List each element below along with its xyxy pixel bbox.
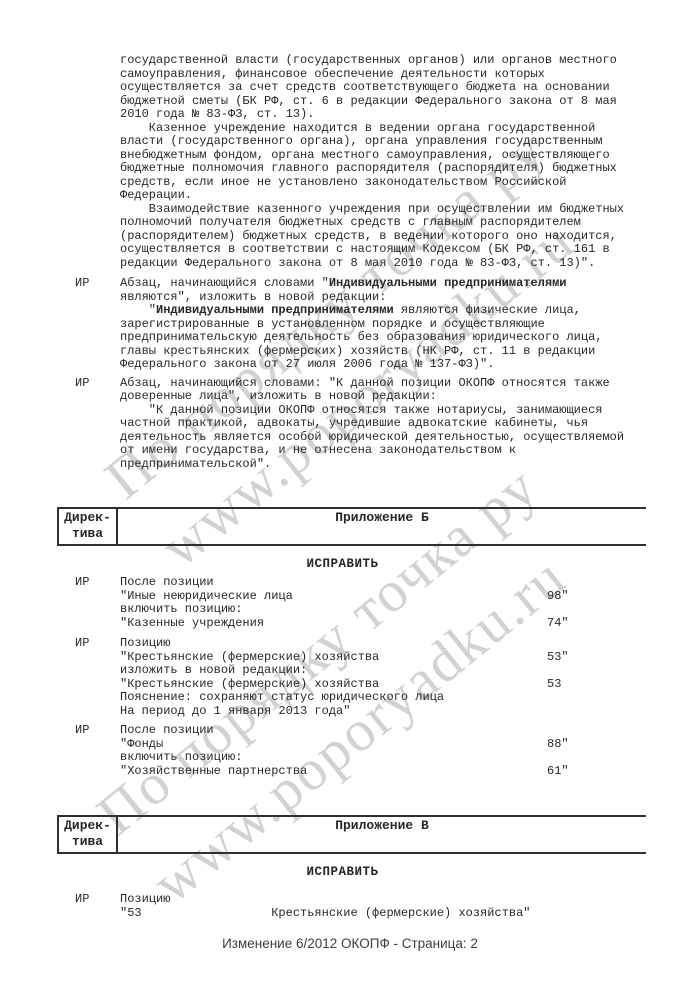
position-line: "Иные неюридические лица98" xyxy=(120,590,646,604)
amendment-item-trusted-persons: ИР Абзац, начинающийся словами: "К данно… xyxy=(120,377,646,472)
position-text: "53 Крестьянские (фермерские) хозяйства" xyxy=(120,906,530,920)
directive-code: ИР xyxy=(75,277,89,291)
position-line: После позиции xyxy=(120,576,646,590)
directive-code: ИР xyxy=(75,377,89,391)
position-text: изложить в новой редакции: xyxy=(120,663,307,677)
position-line: "Крестьянские (фермерские) хозяйства53 xyxy=(120,678,646,692)
directive-code: ИР xyxy=(75,724,89,738)
column-header-appendix-b: Приложение Б xyxy=(118,509,646,544)
position-text: Позицию xyxy=(120,636,170,650)
correction-item: ИР После позиции "Фонды88" включить пози… xyxy=(120,724,646,778)
position-text: После позиции xyxy=(120,575,214,589)
position-text: "Крестьянские (фермерские) хозяйства xyxy=(120,650,379,664)
position-text: Позицию xyxy=(120,892,170,906)
position-text: "Фонды xyxy=(120,737,163,751)
correction-lines: После позиции "Фонды88" включить позицию… xyxy=(120,724,646,778)
correction-lines: После позиции "Иные неюридические лица98… xyxy=(120,576,646,630)
appendix-v-table-header: Дирек- тива Приложение В xyxy=(57,815,646,854)
code-value: 88" xyxy=(547,738,569,752)
amendment-item-individual-entrepreneurs: ИР Абзац, начинающийся словами "Индивиду… xyxy=(120,277,646,372)
column-header-directive: Дирек- тива xyxy=(59,817,118,852)
position-line: "Крестьянские (фермерские) хозяйства53" xyxy=(120,651,646,665)
position-line: "Фонды88" xyxy=(120,738,646,752)
document-body: государственной власти (государственных … xyxy=(57,54,646,920)
directive-code: ИР xyxy=(75,893,89,907)
position-line: Позицию xyxy=(120,637,646,651)
amendment-text: Абзац, начинающийся словами "Индивидуаль… xyxy=(120,277,646,372)
position-text: включить позицию: xyxy=(120,602,242,616)
position-line: Позицию xyxy=(120,893,646,907)
position-text: "Хозяйственные партнерства xyxy=(120,764,307,778)
action-label-correct: ИСПРАВИТЬ xyxy=(57,864,646,880)
directive-code: ИР xyxy=(75,637,89,651)
correction-lines: Позицию "Крестьянские (фермерские) хозяй… xyxy=(120,637,646,718)
code-value: 53 xyxy=(547,678,561,692)
correction-item: ИР Позицию "Крестьянские (фермерские) хо… xyxy=(120,637,646,718)
code-value: 74" xyxy=(547,617,569,631)
position-line: Пояснение: сохраняют статус юридического… xyxy=(120,691,646,705)
code-value: 61" xyxy=(547,765,569,779)
directive-code: ИР xyxy=(75,576,89,590)
correction-item: ИР Позицию "53 Крестьянские (фермерские)… xyxy=(120,893,646,920)
intro-text-block: государственной власти (государственных … xyxy=(120,54,646,270)
position-line: На период до 1 января 2013 года" xyxy=(120,705,646,719)
column-header-directive: Дирек- тива xyxy=(59,509,118,544)
correction-item: ИР После позиции "Иные неюридические лиц… xyxy=(120,576,646,630)
position-text: "Крестьянские (фермерские) хозяйства xyxy=(120,677,379,691)
paragraph-state-institution: Казенное учреждение находится в ведении … xyxy=(120,122,646,203)
position-line: После позиции xyxy=(120,724,646,738)
amendment-bold-term: Индивидуальными предпринимателями xyxy=(156,303,394,317)
position-line: "Хозяйственные партнерства61" xyxy=(120,765,646,779)
position-line: включить позицию: xyxy=(120,751,646,765)
correction-lines: Позицию "53 Крестьянские (фермерские) хо… xyxy=(120,893,646,920)
column-header-appendix-v: Приложение В xyxy=(118,817,646,852)
code-value: 53" xyxy=(547,651,569,665)
position-line: включить позицию: xyxy=(120,603,646,617)
position-line: "53 Крестьянские (фермерские) хозяйства" xyxy=(120,907,646,921)
code-value: 98" xyxy=(547,590,569,604)
paragraph-budget-basis: государственной власти (государственных … xyxy=(120,54,646,122)
action-label-correct: ИСПРАВИТЬ xyxy=(57,556,646,572)
page-footer: Изменение 6/2012 ОКОПФ - Страница: 2 xyxy=(0,936,700,951)
amendment-bold-term: Индивидуальными предпринимателями xyxy=(329,276,567,290)
position-text: После позиции xyxy=(120,723,214,737)
amendment-text-segment: Абзац, начинающийся словами " xyxy=(120,276,329,290)
position-text: Пояснение: сохраняют статус юридического… xyxy=(120,690,444,704)
position-line: "Казенные учреждения74" xyxy=(120,617,646,631)
position-text: "Казенные учреждения xyxy=(120,616,264,630)
position-text: включить позицию: xyxy=(120,750,242,764)
amendment-text: Абзац, начинающийся словами: "К данной п… xyxy=(120,377,646,472)
position-text: "Иные неюридические лица xyxy=(120,589,293,603)
paragraph-interaction: Взаимодействие казенного учреждения при … xyxy=(120,203,646,271)
appendix-b-table-header: Дирек- тива Приложение Б xyxy=(57,507,646,546)
position-line: изложить в новой редакции: xyxy=(120,664,646,678)
document-page: По порядку точка ру www.poporyadku.ru По… xyxy=(0,0,700,990)
position-text: На период до 1 января 2013 года" xyxy=(120,704,350,718)
